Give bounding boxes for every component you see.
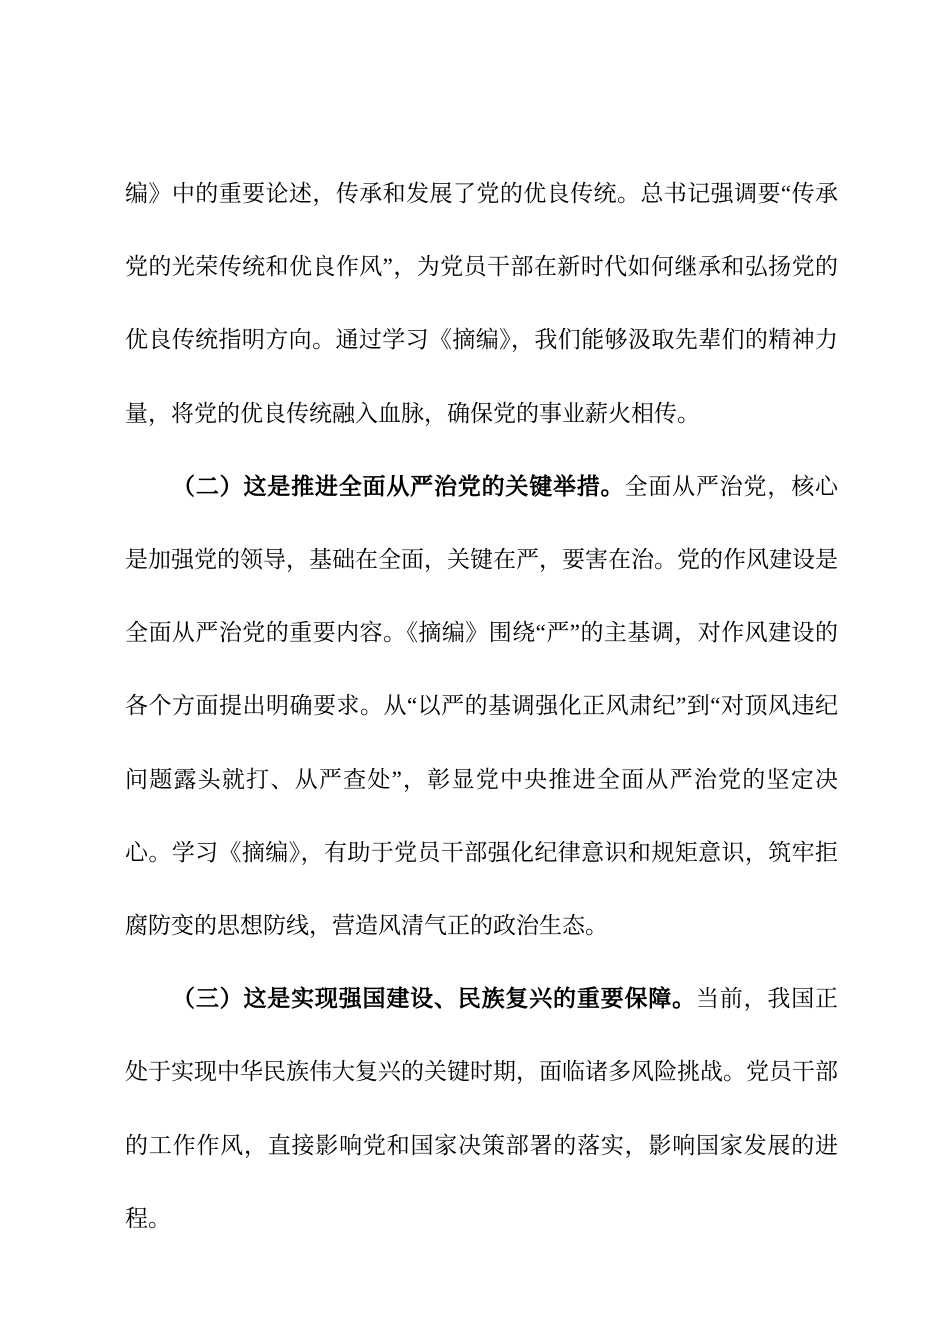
paragraph-body-text: 全面从严治党，核心是加强党的领导，基础在全面，关键在严，要害在治。党的作风建设是…	[125, 474, 838, 938]
paragraph-continuation: 编》中的重要论述，传承和发展了党的优良传统。总书记强调要“传承党的光荣传统和优良…	[125, 157, 838, 450]
paragraph-body-text: 当前，我国正处于实现中华民族伟大复兴的关键时期，面临诸多风险挑战。党员干部的工作…	[125, 986, 838, 1231]
document-text-block: 编》中的重要论述，传承和发展了党的优良传统。总书记强调要“传承党的光荣传统和优良…	[125, 157, 838, 1255]
document-viewport: { "page": { "background_color": "#ffffff…	[0, 0, 950, 1344]
paragraph-lead-bold: （二）这是推进全面从严治党的关键举措。	[172, 474, 624, 499]
paragraph-body-text: 编》中的重要论述，传承和发展了党的优良传统。总书记强调要“传承党的光荣传统和优良…	[125, 181, 838, 426]
document-page: 编》中的重要论述，传承和发展了党的优良传统。总书记强调要“传承党的光荣传统和优良…	[0, 0, 950, 1344]
paragraph-point-three: （三）这是实现强国建设、民族复兴的重要保障。当前，我国正处于实现中华民族伟大复兴…	[125, 962, 838, 1255]
paragraph-point-two: （二）这是推进全面从严治党的关键举措。全面从严治党，核心是加强党的领导，基础在全…	[125, 450, 838, 962]
paragraph-lead-bold: （三）这是实现强国建设、民族复兴的重要保障。	[172, 986, 696, 1011]
